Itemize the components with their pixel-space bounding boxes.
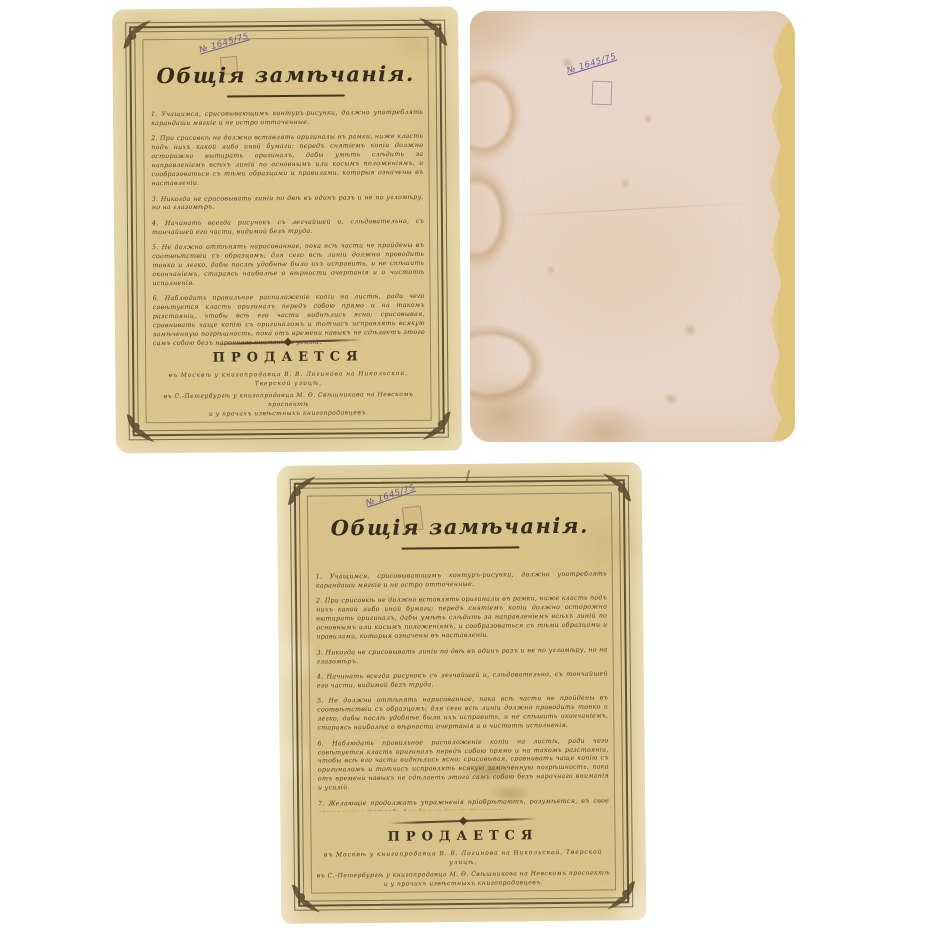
cover-title: Общія замѣчанія. (277, 512, 642, 541)
photo-background: № 1645/75 Общія замѣчанія. 1. Учащимся, … (0, 0, 928, 928)
remark-paragraph: 1. Учащимся, срисовывающимъ контуръ-рису… (151, 109, 423, 129)
remark-paragraph: 5. Не должно оттѣнять нарисованное, пока… (317, 695, 608, 734)
sale-imprint-block: ПРОДАЕТСЯ въ Москвѣ у книгопродавца В. В… (149, 340, 428, 419)
torn-edge (765, 15, 795, 440)
paper-crease (496, 202, 761, 217)
remark-paragraph: 2. При срисовкѣ не должно вставлять ориг… (151, 133, 423, 189)
sale-address-line: и у прочихъ извѣстныхъ книгопродавцевъ. (150, 408, 428, 419)
pencil-mark (592, 81, 613, 106)
remark-paragraph: 3. Никогда не срисовывать линіи по двѣ в… (152, 193, 424, 213)
handwritten-inventory-mark: № 1645/75 (566, 52, 618, 77)
document-front-cover-top: № 1645/75 Общія замѣчанія. 1. Учащимся, … (112, 6, 462, 453)
remark-paragraph: 4. Начинать всегда рисунокъ съ легчайшей… (317, 670, 608, 691)
floral-corner-ornament (416, 15, 450, 49)
floral-corner-ornament (120, 17, 154, 51)
document-front-cover-bottom: № 1645/75 Общія замѣчанія. 1. Учащимся, … (277, 462, 647, 924)
floral-corner-ornament (600, 470, 634, 504)
handwritten-inventory-mark: № 1645/75 (198, 31, 250, 55)
title-rule (401, 546, 519, 549)
title-rule (227, 94, 345, 97)
handwritten-inventory-mark: № 1645/75 (365, 483, 417, 509)
flourish-divider (388, 818, 538, 825)
remark-paragraph: 5. Не должно оттѣнять нарисованное, пока… (152, 242, 424, 289)
cover-title: Общія замѣчанія. (113, 60, 459, 88)
remarks-text-block: 1. Учащимся, срисовывающимъ контуръ-рису… (316, 570, 609, 811)
pencil-stroke (465, 470, 469, 483)
remark-paragraph: 7. Желающіе продолжать упражненія пріобр… (318, 797, 609, 811)
remark-paragraph: 1. Учащимся, срисовывающимъ контуръ-рису… (316, 570, 607, 591)
remark-paragraph: 2. При срисовкѣ не должно вставлять ориг… (316, 595, 607, 643)
remark-paragraph: 6. Наблюдать правильное расположеніе коп… (317, 737, 609, 794)
sale-address-line: въ Москвѣ у книгопродавца В. В. Логинова… (315, 847, 612, 868)
sale-address-line: въ Москвѣ у книгопродавца В. В. Логинова… (149, 369, 427, 389)
remark-paragraph: 3. Никогда не срисовывать линіи по двѣ в… (317, 646, 608, 667)
sale-heading: ПРОДАЕТСЯ (314, 827, 611, 845)
remarks-text-block: 1. Учащимся, срисовывающимъ контуръ-рису… (151, 109, 425, 347)
document-back-cover: № 1645/75 (470, 11, 794, 442)
sale-heading: ПРОДАЕТСЯ (149, 349, 427, 366)
sale-imprint-block: ПРОДАЕТСЯ въ Москвѣ у книгопродавца В. В… (314, 818, 612, 889)
floral-corner-ornament (285, 473, 319, 507)
remark-paragraph: 4. Начинать всегда рисунокъ съ легчайшей… (152, 218, 424, 238)
